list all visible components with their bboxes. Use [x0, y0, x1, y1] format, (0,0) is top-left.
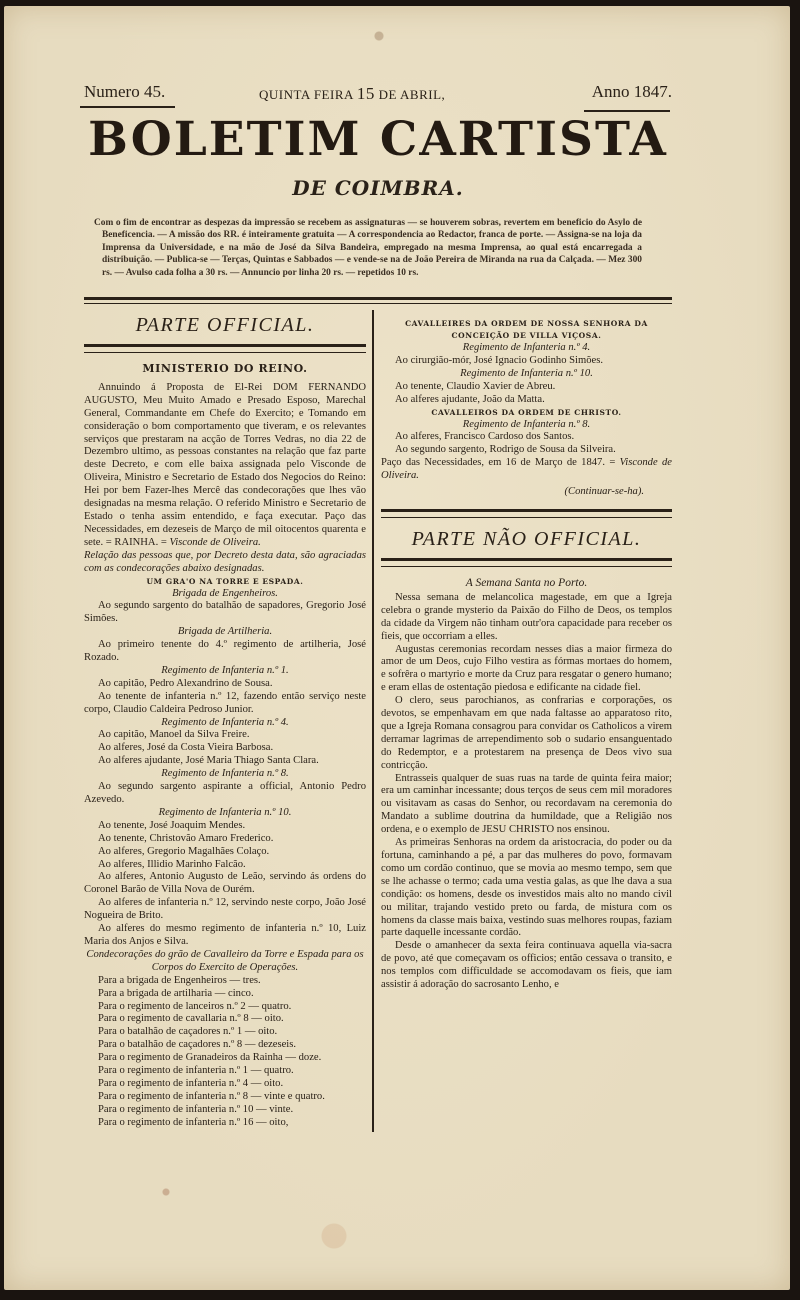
award-entry: Ao segundo sargento aspirante a official…: [84, 781, 366, 807]
allocation-item: Para o regimento de infanteria n.º 4 — o…: [84, 1078, 366, 1091]
award-entry: Ao tenente, Christovão Amaro Frederico.: [84, 833, 366, 846]
grau-heading: UM GRA'O NA TORRE E ESPADA.: [84, 576, 366, 588]
closing-date: Paço das Necessidades, em 16 de Março de…: [381, 457, 615, 468]
allocation-item: Para o regimento de infanteria n.º 10 — …: [84, 1104, 366, 1117]
award-entry: Ao alferes, José da Costa Vieira Barbosa…: [84, 742, 366, 755]
allocation-item: Para a brigada de artilharia — cinco.: [84, 988, 366, 1001]
allocation-item: Para o regimento de infanteria n.º 16 — …: [84, 1117, 366, 1130]
allocation-item: Para o regimento de infanteria n.º 8 — v…: [84, 1091, 366, 1104]
subscription-notice: Com o fim de encontrar as despezas da im…: [94, 217, 642, 279]
section-title-parte-nao-official: PARTE NÃO OFFICIAL.: [381, 528, 672, 550]
unit-heading: Regimento de Infanteria n.º 8.: [381, 419, 672, 432]
article-paragraph: As primeiras Senhoras na ordem da aristo…: [381, 837, 672, 940]
newspaper-page: Numero 45. QUINTA FEIRA 15 DE ABRIL, Ann…: [4, 6, 790, 1290]
header-rule: [84, 297, 672, 304]
relacao-text: Relação das pessoas que, por Decreto des…: [84, 550, 366, 576]
allocation-item: Para o regimento de infanteria n.º 1 — q…: [84, 1065, 366, 1078]
masthead-title: BOLETIM CARTISTA: [84, 114, 672, 166]
award-entry: Ao segundo sargento, Rodrigo de Sousa da…: [381, 444, 672, 457]
masthead-subtitle: DE COIMBRA.: [84, 176, 672, 200]
unit-heading: Regimento de Infanteria n.º 10.: [84, 807, 366, 820]
date-weekday: QUINTA FEIRA: [259, 87, 353, 102]
article-title: A Semana Santa no Porto.: [381, 577, 672, 590]
allocation-item: Para a brigada de Engenheiros — tres.: [84, 975, 366, 988]
award-entry: Ao capitão, Manoel da Silva Freire.: [84, 729, 366, 742]
award-entry: Ao alferes, Illidio Marinho Falcão.: [84, 859, 366, 872]
award-entry: Ao primeiro tenente do 4.º regimento de …: [84, 639, 366, 665]
award-entry: Ao alferes ajudante, João da Matta.: [381, 394, 672, 407]
article-paragraph: Augustas ceremonias recordam nesses dias…: [381, 644, 672, 696]
unit-heading: Regimento de Infanteria n.º 8.: [84, 768, 366, 781]
section-rule: [381, 558, 672, 567]
award-entry: Ao alferes ajudante, José Maria Thiago S…: [84, 755, 366, 768]
section-rule: [381, 509, 672, 518]
left-column: PARTE OFFICIAL. MINISTERIO DO REINO. Ann…: [84, 308, 366, 1130]
right-column: CAVALLEIRES DA ORDEM DE NOSSA SENHORA DA…: [381, 308, 672, 992]
allocation-item: Para o regimento de lanceiros n.º 2 — qu…: [84, 1001, 366, 1014]
award-entry: Ao tenente, Claudio Xavier de Abreu.: [381, 381, 672, 394]
section-title-parte-official: PARTE OFFICIAL.: [84, 314, 366, 336]
section-rule: [84, 344, 366, 353]
unit-heading: Regimento de Infanteria n.º 1.: [84, 665, 366, 678]
allocation-item: Para o regimento de Granadeiros da Rainh…: [84, 1052, 366, 1065]
award-entry: Ao tenente, José Joaquim Mendes.: [84, 820, 366, 833]
award-entry: Ao alferes, Francisco Cardoso dos Santos…: [381, 431, 672, 444]
unit-heading: Regimento de Infanteria n.º 10.: [381, 368, 672, 381]
cavalleiro-heading: Condecorações do grão de Cavalleiro da T…: [84, 949, 366, 975]
allocation-item: Para o batalhão de caçadores n.º 8 — dez…: [84, 1039, 366, 1052]
article-paragraph: Nessa semana de melancolica magestade, e…: [381, 592, 672, 644]
unit-heading: Brigada de Engenheiros.: [84, 588, 366, 601]
issue-number: Numero 45.: [84, 82, 165, 102]
award-entry: Ao alferes, Gregorio Magalhães Colaço.: [84, 846, 366, 859]
ministry-heading: MINISTERIO DO REINO.: [84, 363, 366, 376]
continue-note: (Continuar-se-ha).: [381, 486, 672, 499]
award-entry: Ao alferes, Antonio Augusto de Leão, ser…: [84, 871, 366, 897]
decree-text: Annuindo á Proposta de El-Rei DOM FERNAN…: [84, 382, 366, 550]
allocation-item: Para o batalhão de caçadores n.º 1 — oit…: [84, 1026, 366, 1039]
closing-text: Paço das Necessidades, em 16 de Março de…: [381, 457, 672, 483]
conceicao-heading: CAVALLEIRES DA ORDEM DE NOSSA SENHORA DA…: [381, 318, 672, 342]
article-paragraph: Entrasseis qualquer de suas ruas na tard…: [381, 773, 672, 838]
article-paragraph: Desde o amanhecer da sexta feira continu…: [381, 940, 672, 992]
unit-heading: Regimento de Infanteria n.º 4.: [84, 717, 366, 730]
issue-date: QUINTA FEIRA 15 DE ABRIL,: [259, 84, 445, 104]
allocation-item: Para o regimento de cavallaria n.º 8 — o…: [84, 1013, 366, 1026]
issue-year: Anno 1847.: [592, 82, 672, 102]
decree-body: Annuindo á Proposta de El-Rei DOM FERNAN…: [84, 382, 366, 548]
notice-text: Com o fim de encontrar as despezas da im…: [94, 217, 642, 279]
date-month: DE ABRIL,: [379, 87, 446, 102]
award-entry: Ao alferes do mesmo regimento de infante…: [84, 923, 366, 949]
award-entry: Ao capitão, Pedro Alexandrino de Sousa.: [84, 678, 366, 691]
unit-heading: Brigada de Artilheria.: [84, 626, 366, 639]
award-entry: Ao tenente de infanteria n.º 12, fazendo…: [84, 691, 366, 717]
decree-signature: Visconde de Oliveira.: [170, 537, 261, 548]
christo-heading: CAVALLEIROS DA ORDEM DE CHRISTO.: [381, 407, 672, 419]
number-underline: [80, 106, 175, 108]
dateline: Numero 45. QUINTA FEIRA 15 DE ABRIL, Ann…: [84, 82, 672, 106]
article-paragraph: O clero, seus parochianos, as confrarias…: [381, 695, 672, 772]
award-entry: Ao segundo sargento do batalhão de sapad…: [84, 600, 366, 626]
column-divider: [372, 310, 374, 1132]
award-entry: Ao alferes de infanteria n.º 12, servind…: [84, 897, 366, 923]
award-entry: Ao cirurgião-mór, José Ignacio Godinho S…: [381, 355, 672, 368]
unit-heading: Regimento de Infanteria n.º 4.: [381, 342, 672, 355]
date-day: 15: [357, 84, 375, 103]
